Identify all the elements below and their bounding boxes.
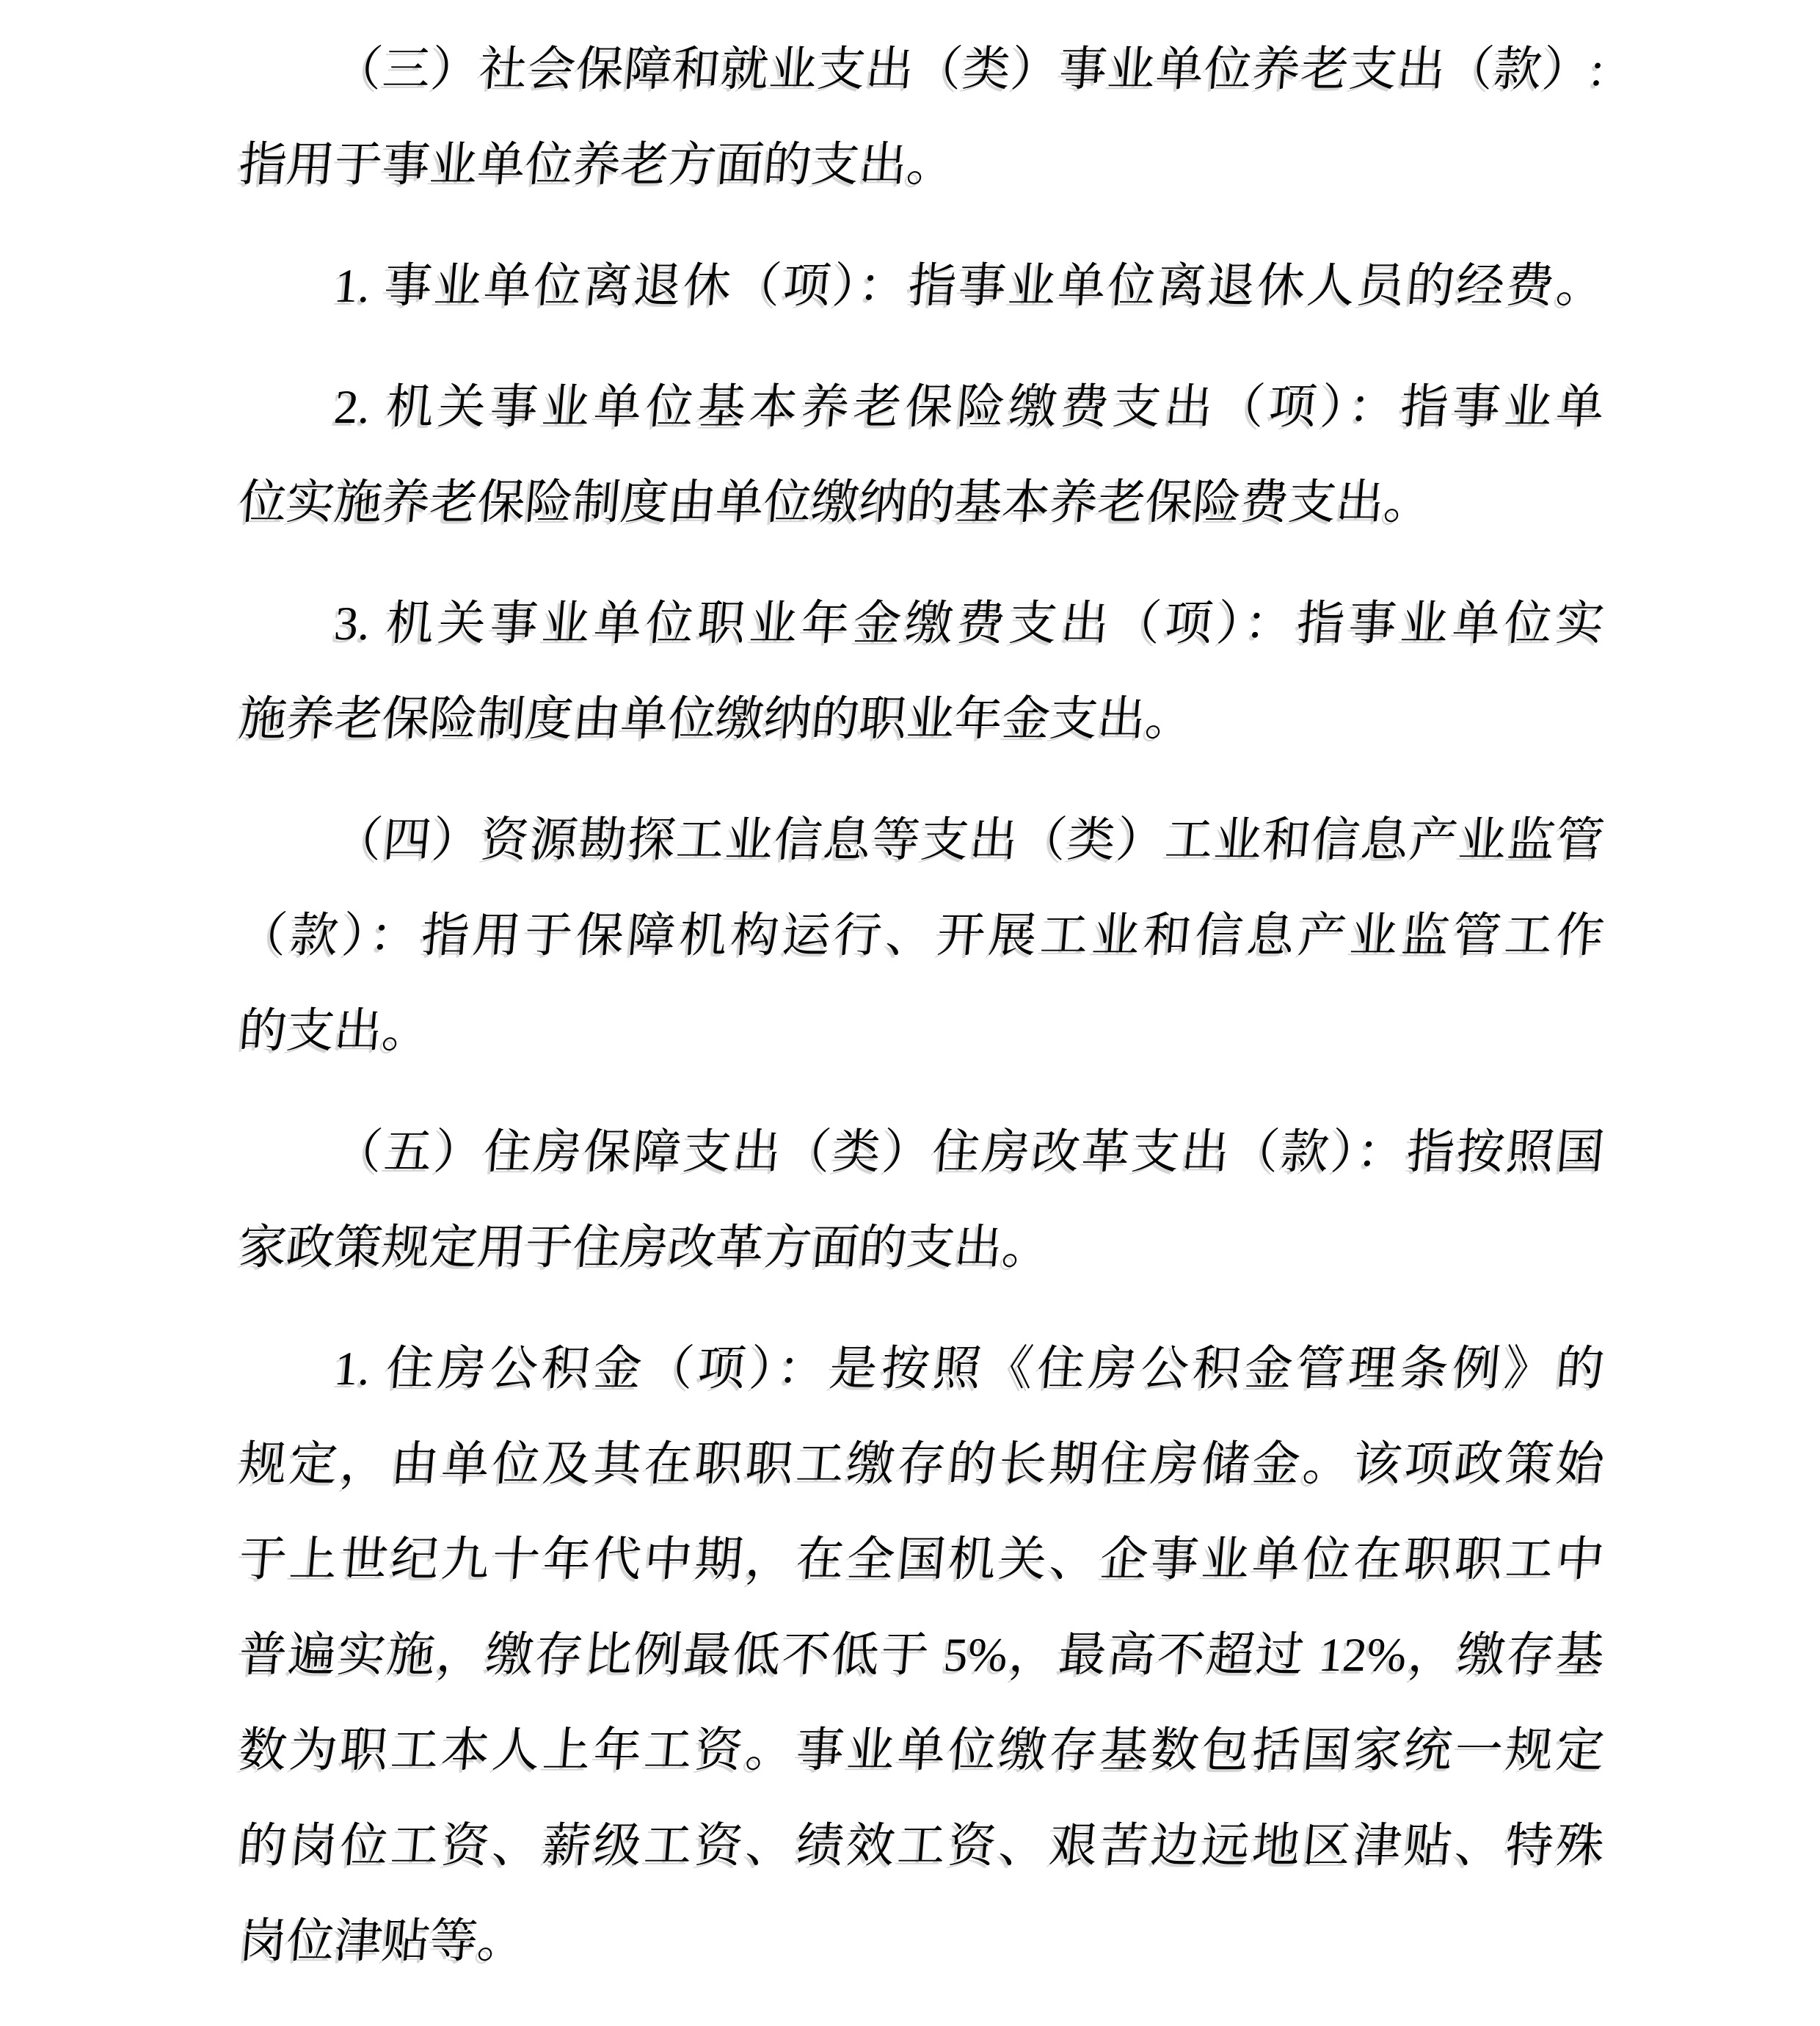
text-line: （三）社会保障和就业支出（类）事业单位养老支出（款）:: [235, 22, 1608, 117]
text-line: 1. 住房公积金（项）：是按照《住房公积金管理条例》的: [235, 1321, 1608, 1417]
paragraph-section-5: （五）住房保障支出（类）住房改革支出（款）：指按照国 家政策规定用于住房改革方面…: [235, 1105, 1600, 1296]
paragraph-item-3-annuity: 3. 机关事业单位职业年金缴费支出（项）：指事业单位实 施养老保险制度由单位缴纳…: [235, 576, 1600, 767]
text-line: 的岗位工资、薪级工资、绩效工资、艰苦边远地区津贴、特殊: [235, 1798, 1608, 1894]
text-line: 岗位津贴等。: [235, 1894, 1608, 1989]
paragraph-item-2-basic-pension: 2. 机关事业单位基本养老保险缴费支出（项）：指事业单 位实施养老保险制度由单位…: [235, 360, 1600, 551]
document-page: （三）社会保障和就业支出（类）事业单位养老支出（款）: 指用于事业单位养老方面的…: [0, 0, 1820, 2026]
text-line: 1. 事业单位离退休（项）：指事业单位离退休人员的经费。: [235, 239, 1608, 334]
paragraph-section-3: （三）社会保障和就业支出（类）事业单位养老支出（款）: 指用于事业单位养老方面的…: [235, 22, 1600, 213]
text-line: （五）住房保障支出（类）住房改革支出（款）：指按照国: [235, 1105, 1608, 1200]
text-line: 的支出。: [235, 984, 1608, 1079]
paragraph-item-1-retirement: 1. 事业单位离退休（项）：指事业单位离退休人员的经费。: [235, 239, 1600, 334]
text-line: 于上世纪九十年代中期，在全国机关、企事业单位在职职工中: [235, 1512, 1608, 1608]
text-line: 2. 机关事业单位基本养老保险缴费支出（项）：指事业单: [235, 360, 1608, 455]
text-line: （款）：指用于保障机构运行、开展工业和信息产业监管工作: [235, 888, 1608, 984]
paragraph-item-1-housing-fund: 1. 住房公积金（项）：是按照《住房公积金管理条例》的 规定，由单位及其在职职工…: [235, 1321, 1600, 1989]
text-line: 施养老保险制度由单位缴纳的职业年金支出。: [235, 672, 1608, 767]
paragraph-section-4: （四）资源勘探工业信息等支出（类）工业和信息产业监管 （款）：指用于保障机构运行…: [235, 793, 1600, 1079]
text-line: （四）资源勘探工业信息等支出（类）工业和信息产业监管: [235, 793, 1608, 888]
text-line: 3. 机关事业单位职业年金缴费支出（项）：指事业单位实: [235, 576, 1608, 672]
text-line: 数为职工本人上年工资。事业单位缴存基数包括国家统一规定: [235, 1703, 1608, 1798]
text-line: 家政策规定用于住房改革方面的支出。: [235, 1200, 1608, 1296]
text-line: 普遍实施，缴存比例最低不低于 5%，最高不超过 12%，缴存基: [235, 1608, 1608, 1703]
text-line: 位实施养老保险制度由单位缴纳的基本养老保险费支出。: [235, 455, 1608, 551]
document-content: （三）社会保障和就业支出（类）事业单位养老支出（款）: 指用于事业单位养老方面的…: [0, 0, 1600, 1989]
text-line: 指用于事业单位养老方面的支出。: [235, 117, 1608, 213]
text-line: 规定，由单位及其在职职工缴存的长期住房储金。该项政策始: [235, 1417, 1608, 1512]
